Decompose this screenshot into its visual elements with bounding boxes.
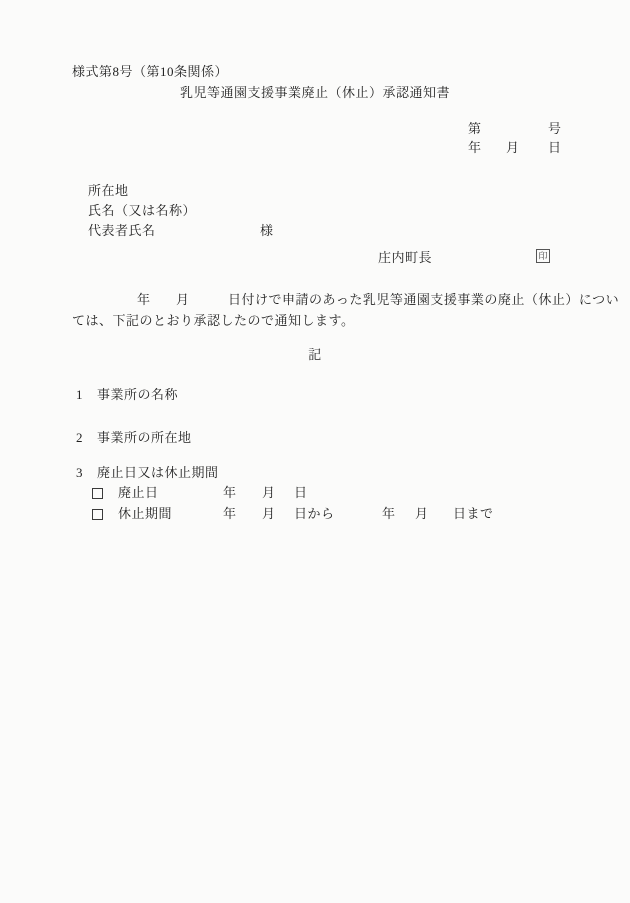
option-suspension-to-month-label: 月	[415, 506, 429, 522]
document-page: 様式第8号（第10条関係） 乳児等通園支援事業廃止（休止）承認通知書 第 号 年…	[0, 0, 630, 903]
addressee-representative-label: 代表者氏名	[88, 223, 156, 239]
seal-placeholder-icon: 印	[536, 249, 550, 263]
item-2-label: 事業所の所在地	[97, 430, 192, 446]
option-abolition-month-label: 月	[262, 485, 276, 501]
issue-date-month-label: 月	[506, 140, 520, 156]
item-2-number: 2	[76, 430, 83, 446]
checkbox-abolition-date[interactable]	[92, 488, 103, 499]
body-line1: 日付けで申請のあった乳児等通園支援事業の廃止（休止）につい	[228, 292, 619, 308]
sender-title: 庄内町長	[378, 250, 432, 266]
body-blank-year: 年	[137, 292, 151, 308]
option-suspension-to-day-label: 日まで	[453, 506, 494, 522]
form-number: 様式第8号（第10条関係）	[72, 64, 228, 80]
item-3-label: 廃止日又は休止期間	[97, 465, 219, 481]
body-blank-month: 月	[176, 292, 190, 308]
option-suspension-to-year-label: 年	[382, 506, 396, 522]
document-title: 乳児等通園支援事業廃止（休止）承認通知書	[0, 85, 630, 101]
issue-date-year-label: 年	[468, 140, 482, 156]
option-abolition-year-label: 年	[223, 485, 237, 501]
option-abolition-label: 廃止日	[118, 485, 159, 501]
issue-date-day-label: 日	[548, 140, 562, 156]
option-suspension-from-year-label: 年	[223, 506, 237, 522]
checkbox-suspension-period[interactable]	[92, 509, 103, 520]
body-line2: ては、下記のとおり承認したので通知します。	[72, 313, 354, 329]
item-3-number: 3	[76, 465, 83, 481]
doc-number-prefix: 第	[468, 121, 482, 137]
record-marker: 記	[0, 347, 630, 363]
addressee-honorific: 様	[260, 223, 274, 239]
option-abolition-day-label: 日	[294, 485, 308, 501]
item-1-number: 1	[76, 387, 83, 403]
option-suspension-from-month-label: 月	[262, 506, 276, 522]
item-1-label: 事業所の名称	[97, 387, 178, 403]
addressee-name-label: 氏名（又は名称）	[88, 203, 196, 219]
addressee-location-label: 所在地	[88, 183, 129, 199]
doc-number-suffix: 号	[548, 121, 562, 137]
option-suspension-from-day-label: 日から	[294, 506, 335, 522]
option-suspension-label: 休止期間	[118, 506, 172, 522]
